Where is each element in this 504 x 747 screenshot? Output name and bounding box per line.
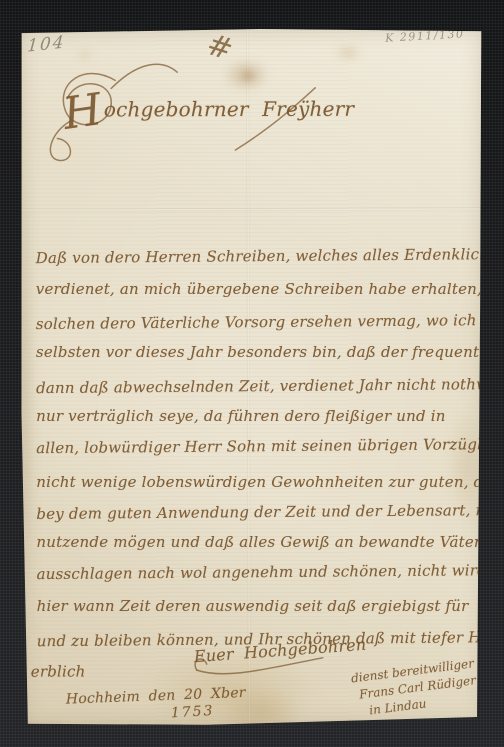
letter-body: Daß von dero Herren Schreiben, welches a… (35, 27, 483, 28)
body-line: nutzende mögen und daß alles Gewiß an be… (36, 533, 504, 551)
stain (240, 70, 256, 82)
body-line: ausschlagen nach wol angenehm und schöne… (36, 561, 504, 583)
salutation-initial-letter: H (60, 88, 104, 137)
photo-background: 104 # K 2911/130 Hochgebohrner Freÿherr … (0, 0, 504, 747)
body-line: dann daß abwechselnden Zeit, verdienet J… (36, 375, 504, 397)
fold-crease-horizontal (20, 207, 484, 211)
body-line: Daß von dero Herren Schreiben, welches a… (36, 245, 504, 267)
stain (15, 119, 34, 659)
body-line: verdienet, an mich übergebene Schreiben … (36, 280, 504, 298)
body-line: bey dem guten Anwendung der Zeit und der… (36, 501, 504, 523)
body-line: nicht wenige lobenswürdigen Gewohnheiten… (36, 473, 504, 491)
stain (75, 48, 95, 61)
body-line: nur verträglich seye, da führen dero fle… (36, 407, 446, 425)
dateline-year: 1753 (170, 703, 214, 721)
body-line: hier wann Zeit deren auswendig seit daß … (37, 597, 469, 615)
stain (333, 44, 363, 62)
body-line: selbsten vor dieses Jahr besonders bin, … (36, 343, 498, 361)
letter-page: 104 # K 2911/130 Hochgebohrner Freÿherr … (19, 27, 485, 726)
archival-shelfmark: K 2911/130 (385, 27, 465, 44)
archival-page-number: 104 (27, 32, 67, 56)
body-line: allen, lobwürdiger Herr Sohn mit seinen … (36, 435, 504, 458)
signature-block: dienst bereitwilliger Frans Carl Rüdiger… (350, 653, 497, 721)
salutation-swash (111, 64, 177, 88)
body-line: solchen dero Väterliche Vorsorg ersehen … (36, 311, 504, 333)
body-last-word: erblich (31, 662, 86, 680)
salutation-line: Hochgebohrner Freÿherr (63, 90, 354, 135)
salutation-text: ochgebohrner Freÿherr (104, 97, 354, 122)
